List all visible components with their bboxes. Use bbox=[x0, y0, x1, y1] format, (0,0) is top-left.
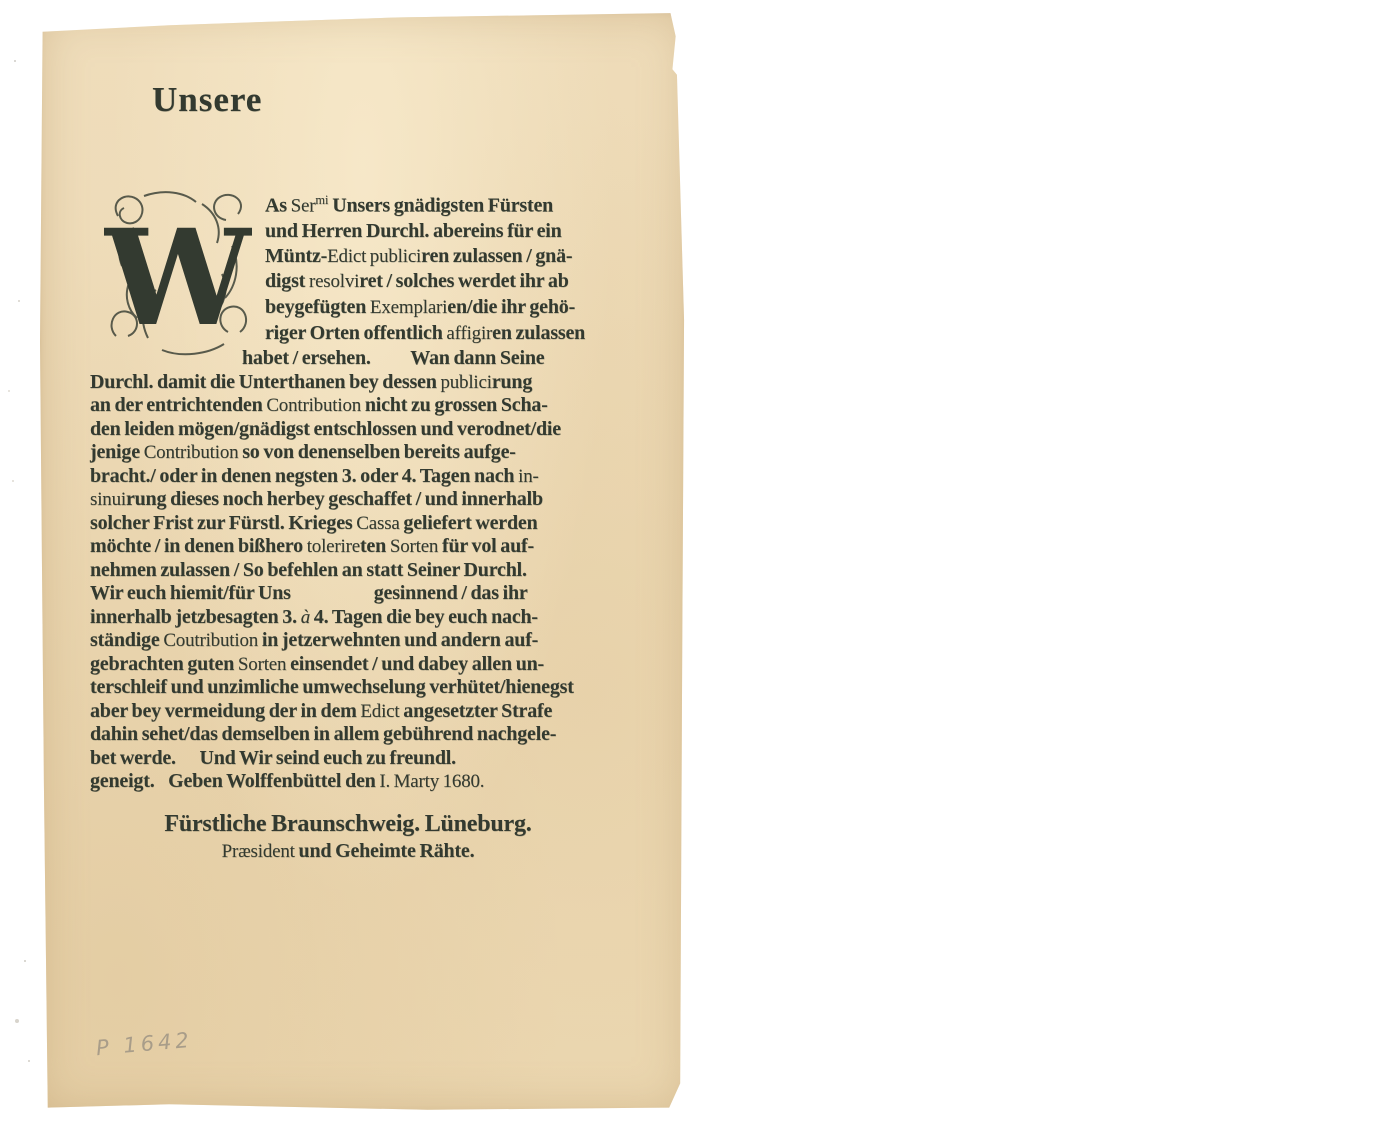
body-line: habet / ersehen. Wan dann Seine bbox=[242, 346, 606, 371]
text-segment: einsendet / und dabey allen un- bbox=[286, 653, 544, 675]
text-segment: ständige bbox=[90, 629, 163, 651]
text-segment: riger Orten offentlich bbox=[265, 322, 446, 344]
text-segment: Exemplari bbox=[370, 297, 447, 318]
text-segment: Præsident bbox=[222, 841, 295, 862]
paragraph-full-width: Durchl. damit die Unterthanen bey dessen… bbox=[90, 371, 606, 794]
body-line: terschleif und unzimliche umwechselung v… bbox=[90, 676, 606, 700]
body-line: Müntz-Edict publiciren zulassen / gnä- bbox=[265, 244, 606, 270]
text-segment: Unsers gnädigsten Fürsten bbox=[328, 195, 553, 217]
body-line: sinuirung dieses noch herbey geschaffet … bbox=[90, 488, 606, 512]
body-line: bet werde. Und Wir seind euch zu freundl… bbox=[90, 747, 606, 771]
text-segment: Wir euch hiemit/für Uns gesinnend / das … bbox=[90, 582, 528, 604]
text-segment: Ser bbox=[291, 196, 316, 217]
text-segment: affigir bbox=[446, 323, 492, 344]
text-segment: Edict publici bbox=[327, 246, 421, 267]
text-segment: Sorten bbox=[238, 654, 286, 675]
body-line: nehmen zulassen / So befehlen an statt S… bbox=[90, 559, 606, 583]
text-segment: in jetzerwehnten und andern auf- bbox=[258, 629, 538, 651]
text-segment: rung dieses noch herbey geschaffet / und… bbox=[126, 488, 543, 510]
body-line: gebrachten guten Sorten einsendet / und … bbox=[90, 653, 606, 677]
text-segment: As bbox=[265, 195, 291, 217]
text-segment: in- bbox=[518, 466, 539, 487]
text-segment: I. Marty 1680. bbox=[379, 771, 484, 792]
text-segment: Cassa bbox=[356, 513, 399, 534]
text-segment: angesetzter Strafe bbox=[400, 700, 553, 722]
signature-line: Fürstliche Braunschweig. Lüneburg. bbox=[90, 810, 606, 839]
text-segment: terschleif und unzimliche umwechselung v… bbox=[90, 676, 574, 698]
text-segment: bracht./ oder in denen negsten 3. oder 4… bbox=[90, 465, 518, 487]
text-segment: Contribution bbox=[266, 395, 361, 416]
body-text: As Sermi Unsers gnädigsten Fürstenund He… bbox=[90, 188, 606, 794]
text-segment: publici bbox=[440, 372, 491, 393]
body-line: bracht./ oder in denen negsten 3. oder 4… bbox=[90, 465, 606, 489]
body-line: den leiden mögen/gnädigst entschlossen u… bbox=[90, 418, 606, 442]
body-line: dahin sehet/das demselben in allem gebüh… bbox=[90, 723, 606, 747]
body-line: möchte / in denen bißhero tolerireten So… bbox=[90, 535, 606, 559]
body-line: innerhalb jetzbesagten 3. à 4. Tagen die… bbox=[90, 606, 606, 630]
text-segment: Contribution bbox=[144, 442, 239, 463]
text-segment: en zulassen bbox=[492, 322, 585, 344]
signature-block: Fürstliche Braunschweig. Lüneburg.Præsid… bbox=[90, 810, 606, 864]
text-segment: dahin sehet/das demselben in allem gebüh… bbox=[90, 723, 556, 745]
paragraph-beside-dropcap: As Sermi Unsers gnädigsten Fürstenund He… bbox=[90, 188, 606, 371]
text-segment: solcher Frist zur Fürstl. Krieges bbox=[90, 512, 356, 534]
signature-line: Præsident und Geheimte Rähte. bbox=[90, 839, 606, 864]
text-segment: nehmen zulassen / So befehlen an statt S… bbox=[90, 559, 527, 581]
text-segment: rung bbox=[492, 371, 532, 393]
document-page: Unsere W As Sermi Unsers gnädigsten Fürs… bbox=[40, 12, 686, 1112]
text-segment: bet werde. Und Wir seind euch zu freundl… bbox=[90, 747, 456, 769]
text-segment: Sorten bbox=[390, 536, 438, 557]
text-segment: ren zulassen / gnä- bbox=[421, 245, 572, 267]
pencil-annotation: P 1642 bbox=[95, 1028, 194, 1060]
text-segment: den leiden mögen/gnädigst entschlossen u… bbox=[90, 418, 561, 440]
text-segment: en/die ihr gehö- bbox=[447, 296, 575, 318]
body-line: ständige Coutribution in jetzerwehnten u… bbox=[90, 629, 606, 653]
text-segment: Fürstliche Braunschweig. Lüneburg. bbox=[164, 811, 531, 837]
text-segment: tolerire bbox=[307, 536, 360, 557]
text-segment: digst bbox=[265, 270, 309, 292]
text-segment: an der entrichtenden bbox=[90, 394, 266, 416]
text-segment: ret / solches werdet ihr ab bbox=[359, 270, 568, 292]
text-segment: für vol auf- bbox=[438, 535, 534, 557]
text-segment: Edict bbox=[360, 701, 399, 722]
text-segment: beygefügten bbox=[265, 296, 370, 318]
text-segment: so von denenselben bereits aufge- bbox=[238, 441, 515, 463]
scanner-speck bbox=[14, 60, 16, 62]
text-segment: ten bbox=[360, 535, 390, 557]
body-line: aber bey vermeidung der in dem Edict ang… bbox=[90, 700, 606, 724]
text-segment: Coutribution bbox=[163, 630, 258, 651]
body-line: digst resolviret / solches werdet ihr ab bbox=[265, 269, 606, 295]
scan-background: { "document": { "header_word": "Unsere",… bbox=[0, 0, 1400, 1130]
body-line: Wir euch hiemit/für Uns gesinnend / das … bbox=[90, 582, 606, 606]
text-segment: Müntz- bbox=[265, 245, 327, 267]
text-segment: à bbox=[301, 607, 310, 628]
text-segment: geneigt. Geben Wolffenbüttel den bbox=[90, 770, 379, 792]
text-segment: und Geheimte Rähte. bbox=[295, 840, 475, 862]
text-segment: innerhalb jetzbesagten 3. bbox=[90, 606, 301, 628]
text-segment: habet / ersehen. Wan dann Seine bbox=[242, 347, 544, 369]
text-segment: sinui bbox=[90, 489, 126, 510]
body-line: Durchl. damit die Unterthanen bey dessen… bbox=[90, 371, 606, 395]
text-segment: mi bbox=[315, 193, 328, 207]
body-line: geneigt. Geben Wolffenbüttel den I. Mart… bbox=[90, 770, 606, 794]
header-word: Unsere bbox=[152, 80, 262, 120]
text-segment: gebrachten guten bbox=[90, 653, 238, 675]
text-segment: jenige bbox=[90, 441, 144, 463]
body-line: As Sermi Unsers gnädigsten Fürsten bbox=[265, 188, 606, 219]
text-segment: möchte / in denen bißhero bbox=[90, 535, 307, 557]
body-line: an der entrichtenden Contribution nicht … bbox=[90, 394, 606, 418]
text-segment: nicht zu grossen Scha- bbox=[361, 394, 548, 416]
text-segment: und Herren Durchl. abereins für ein bbox=[265, 220, 562, 242]
body-line: jenige Contribution so von denenselben b… bbox=[90, 441, 606, 465]
text-segment: aber bey vermeidung der in dem bbox=[90, 700, 360, 722]
body-line: und Herren Durchl. abereins für ein bbox=[265, 219, 606, 244]
text-segment: 4. Tagen die bey euch nach- bbox=[310, 606, 538, 628]
text-segment: Durchl. damit die Unterthanen bey dessen bbox=[90, 371, 440, 393]
body-line: riger Orten offentlich affigiren zulasse… bbox=[265, 321, 606, 347]
text-segment: geliefert werden bbox=[400, 512, 538, 534]
text-segment: resolvi bbox=[309, 271, 359, 292]
body-line: beygefügten Exemplarien/die ihr gehö- bbox=[265, 295, 606, 321]
body-line: solcher Frist zur Fürstl. Krieges Cassa … bbox=[90, 512, 606, 536]
